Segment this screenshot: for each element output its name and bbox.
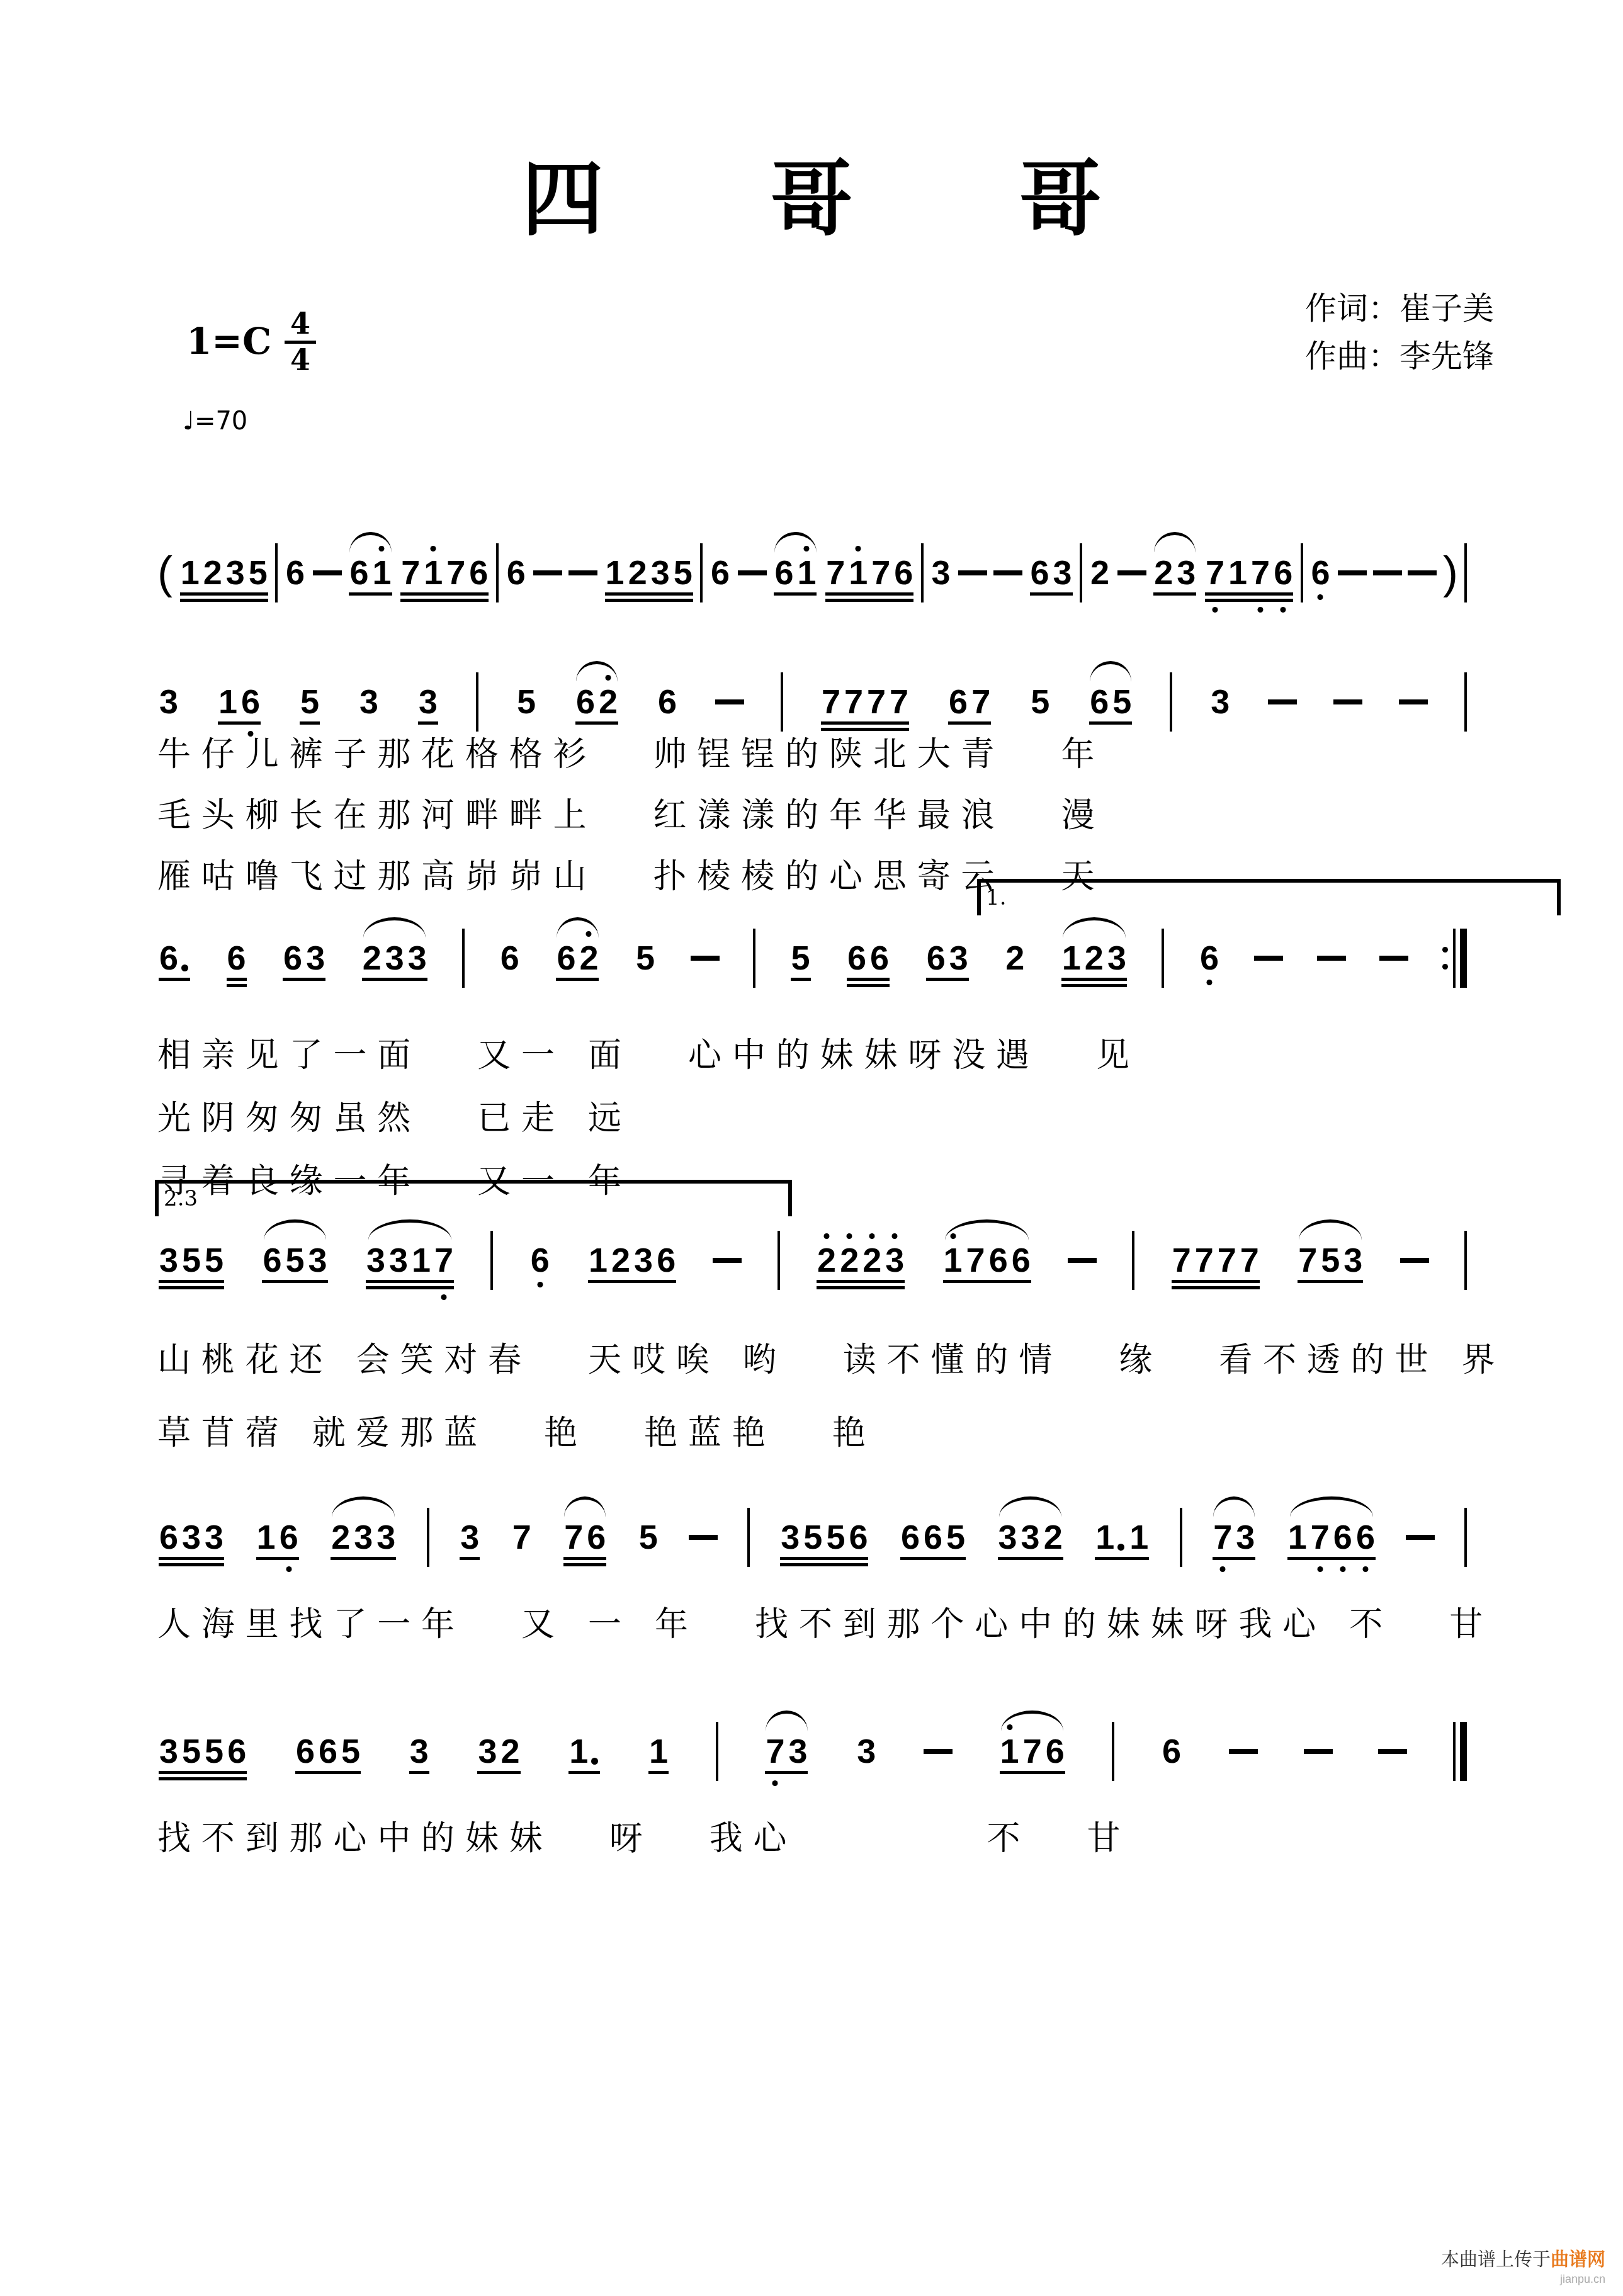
dash-rest bbox=[533, 570, 562, 575]
barline bbox=[1132, 1231, 1134, 1290]
note-digit: 2 bbox=[361, 941, 383, 975]
note-group: 1235 bbox=[604, 556, 694, 590]
note-digit: 6 bbox=[317, 1734, 339, 1768]
note-digit: 5 bbox=[298, 685, 321, 719]
note-digit: 3 bbox=[1234, 1520, 1257, 1554]
note-group: 5 bbox=[637, 1520, 660, 1554]
note-digit: 3 bbox=[224, 556, 247, 590]
lyrics-bridge-line2: 草 苜 蓿 就 爱 那 蓝 艳 艳 蓝 艳 艳 bbox=[157, 1415, 866, 1452]
slur bbox=[1299, 1219, 1361, 1240]
note-group: 6 bbox=[1160, 1734, 1183, 1768]
note-group: 5 bbox=[298, 685, 321, 719]
note-digit: 3 bbox=[358, 685, 380, 719]
note-digit: 1 bbox=[795, 556, 818, 590]
note-digit: 3 bbox=[883, 1243, 906, 1277]
note-digit: 1 bbox=[587, 1243, 609, 1277]
note-digit: 6 bbox=[1029, 556, 1051, 590]
note-group: 6 bbox=[709, 556, 732, 590]
note-digit: 1 bbox=[410, 1243, 433, 1277]
lyrics-verse1-line1: 牛 仔 儿 裤 子 那 花 格 格 衫 帅 锃 锃 的 陕 北 大 青 年 bbox=[157, 737, 1095, 773]
watermark-prefix: 本曲谱上传于 bbox=[1441, 2250, 1551, 2270]
slur bbox=[774, 532, 816, 553]
note-group: 332 bbox=[997, 1520, 1065, 1554]
note-group: 67 bbox=[947, 685, 992, 719]
note-digit: 7 bbox=[1170, 1243, 1193, 1277]
note-digit: 7 bbox=[1309, 1520, 1332, 1554]
note-digit: 7 bbox=[511, 1520, 533, 1554]
note-digit: 7 bbox=[1193, 1243, 1216, 1277]
note-digit: 6 bbox=[281, 941, 304, 975]
slur bbox=[1290, 1496, 1374, 1517]
dash-rest bbox=[1117, 570, 1146, 575]
note-group: 73 bbox=[1211, 1520, 1257, 1554]
slur bbox=[999, 1496, 1061, 1517]
slur bbox=[766, 1711, 807, 1731]
time-signature: 4 4 bbox=[285, 307, 316, 377]
note-digit: 3 bbox=[632, 1243, 655, 1277]
note-digit: 3 bbox=[1106, 941, 1128, 975]
note-digit: 6 bbox=[505, 556, 528, 590]
note-digit: 1 bbox=[604, 556, 626, 590]
note-digit: 7 bbox=[842, 685, 865, 719]
slur bbox=[332, 1496, 394, 1517]
note-digit: 7 bbox=[964, 1243, 987, 1277]
note-digit: 1 bbox=[1226, 556, 1249, 590]
note-digit: 5 bbox=[180, 1734, 203, 1768]
slur bbox=[1001, 1711, 1063, 1731]
note-group: 2 bbox=[1089, 556, 1111, 590]
note-digit: 6 bbox=[157, 1520, 180, 1554]
note-digit: 3 bbox=[387, 1243, 410, 1277]
note-group: 5 bbox=[515, 685, 538, 719]
note-group: 3317 bbox=[365, 1243, 455, 1277]
repeat-end-barline bbox=[1442, 929, 1467, 988]
notation-line-verse-a: 31653356267777675653 bbox=[157, 664, 1467, 740]
note-digit: 3 bbox=[365, 1243, 387, 1277]
note-group: 6 bbox=[529, 1243, 551, 1277]
tempo-marking: ♩=70 bbox=[183, 407, 247, 436]
barline bbox=[1112, 1722, 1114, 1781]
credits: 作词：崔子美 作曲：李先锋 bbox=[1305, 285, 1494, 380]
augmentation-dot bbox=[1117, 1544, 1124, 1551]
slur bbox=[1154, 532, 1196, 553]
note-digit: 2 bbox=[499, 1734, 521, 1768]
dash-rest bbox=[713, 1258, 742, 1263]
note-group: 62 bbox=[555, 941, 600, 975]
note-group: 176 bbox=[998, 1734, 1066, 1768]
note-group: 66 bbox=[845, 941, 891, 975]
time-signature-denominator: 4 bbox=[285, 344, 316, 377]
note-digit: 6 bbox=[157, 941, 180, 975]
note-digit: 6 bbox=[845, 941, 868, 975]
note-digit: 2 bbox=[861, 1243, 883, 1277]
note-digit: 5 bbox=[1111, 685, 1133, 719]
watermark: 本曲谱上传于曲谱网 jianpu.cn bbox=[1441, 2249, 1605, 2286]
note-digit: 7 bbox=[1216, 1243, 1238, 1277]
note-digit: 5 bbox=[637, 1520, 660, 1554]
dash-rest bbox=[1068, 1258, 1097, 1263]
note-group: 76 bbox=[562, 1520, 608, 1554]
note-group: 16 bbox=[255, 1520, 300, 1554]
note-digit: 5 bbox=[203, 1734, 225, 1768]
note-digit: 5 bbox=[247, 556, 269, 590]
repeat-dot bbox=[1442, 947, 1448, 953]
barline bbox=[753, 929, 755, 988]
note-digit: 3 bbox=[406, 941, 429, 975]
lyrics-bridge-line1: 山 桃 花 还 会 笑 对 春 天 哎 唉 哟 读 不 懂 的 情 缘 看 不 … bbox=[157, 1342, 1495, 1379]
final-barline bbox=[1453, 1722, 1467, 1781]
note-digit: 7 bbox=[399, 556, 422, 590]
note-digit: 7 bbox=[1211, 1520, 1234, 1554]
note-group: 3 bbox=[930, 556, 953, 590]
note-group: 7176 bbox=[824, 556, 915, 590]
note-digit: 6 bbox=[1088, 685, 1111, 719]
note-digit: 5 bbox=[634, 941, 657, 975]
note-digit: 1 bbox=[847, 556, 869, 590]
note-digit: 1 bbox=[370, 556, 393, 590]
note-digit: 2 bbox=[597, 685, 619, 719]
note-group: 653 bbox=[261, 1243, 329, 1277]
barline bbox=[1170, 672, 1172, 732]
note-digit: 3 bbox=[947, 941, 970, 975]
notation-line-intro: (1235661717661235661717636322371766) bbox=[157, 535, 1467, 611]
note-digit: 6 bbox=[892, 556, 915, 590]
note-digit: 3 bbox=[157, 685, 180, 719]
note-group: 3 bbox=[157, 685, 180, 719]
note-group: 6 bbox=[157, 941, 191, 975]
note-digit: 1 bbox=[1094, 1520, 1116, 1554]
barline bbox=[462, 929, 465, 988]
barline bbox=[1464, 1508, 1467, 1567]
note-group: 2223 bbox=[815, 1243, 906, 1277]
note-group: 3 bbox=[358, 685, 380, 719]
note-digit: 3 bbox=[1209, 685, 1231, 719]
note-group: 753 bbox=[1296, 1243, 1364, 1277]
dash-rest bbox=[568, 570, 597, 575]
note-digit: 3 bbox=[157, 1243, 180, 1277]
barline bbox=[427, 1508, 429, 1567]
dash-rest bbox=[1378, 1749, 1407, 1754]
note-digit: 3 bbox=[307, 1243, 329, 1277]
note-group: 61 bbox=[772, 556, 818, 590]
note-digit: 7 bbox=[970, 685, 992, 719]
note-digit: 3 bbox=[375, 1520, 397, 1554]
note-digit: 5 bbox=[180, 1243, 203, 1277]
notation-line-coda: 3556665332117331766 bbox=[157, 1714, 1467, 1789]
note-digit: 3 bbox=[180, 1520, 203, 1554]
note-group: 23 bbox=[1152, 556, 1197, 590]
note-group: 6 bbox=[505, 556, 528, 590]
note-group: 11 bbox=[1094, 1520, 1150, 1554]
augmentation-dot bbox=[181, 964, 188, 971]
thin-bar bbox=[1453, 929, 1456, 988]
barline bbox=[1301, 543, 1303, 602]
slur bbox=[576, 661, 618, 682]
note-group: 5 bbox=[1029, 685, 1051, 719]
lyrics-chorus-line: 人 海 里 找 了 一 年 又 一 年 找 不 到 那 个 心 中 的 妹 妹 … bbox=[157, 1607, 1483, 1643]
dash-rest bbox=[993, 570, 1022, 575]
note-digit: 3 bbox=[203, 1520, 225, 1554]
note-group: 3 bbox=[408, 1734, 431, 1768]
thin-bar bbox=[1453, 1722, 1456, 1781]
note-digit: 3 bbox=[997, 1520, 1019, 1554]
notation-line-verse-b: 666323366255666321236 bbox=[157, 920, 1467, 996]
note-digit: 7 bbox=[888, 685, 910, 719]
note-digit: 6 bbox=[294, 1734, 317, 1768]
note-group: 7 bbox=[511, 1520, 533, 1554]
note-group: 65 bbox=[1088, 685, 1133, 719]
note-digit: 2 bbox=[1089, 556, 1111, 590]
note-group: 233 bbox=[361, 941, 429, 975]
dash-rest bbox=[1408, 570, 1437, 575]
note-digit: 3 bbox=[855, 1734, 878, 1768]
note-group: 1 bbox=[567, 1734, 601, 1768]
dash-rest bbox=[1254, 956, 1283, 961]
note-digit: 6 bbox=[987, 1243, 1010, 1277]
note-digit: 6 bbox=[709, 556, 732, 590]
slur bbox=[363, 917, 426, 938]
note-digit: 2 bbox=[815, 1243, 838, 1277]
note-digit: 7 bbox=[869, 556, 892, 590]
note-digit: 3 bbox=[1342, 1243, 1364, 1277]
barline bbox=[1464, 1231, 1467, 1290]
note-digit: 2 bbox=[577, 941, 600, 975]
note-digit: 5 bbox=[203, 1243, 225, 1277]
thick-bar bbox=[1460, 929, 1467, 988]
note-group: 63 bbox=[281, 941, 327, 975]
note-digit: 6 bbox=[655, 1243, 677, 1277]
note-group: 1766 bbox=[942, 1243, 1032, 1277]
note-digit: 7 bbox=[764, 1734, 786, 1768]
note-digit: 6 bbox=[947, 685, 970, 719]
note-group: 3 bbox=[855, 1734, 878, 1768]
dash-rest bbox=[738, 570, 767, 575]
note-group: 3 bbox=[1209, 685, 1231, 719]
note-digit: 6 bbox=[348, 556, 370, 590]
dash-rest bbox=[1317, 956, 1346, 961]
note-digit: 3 bbox=[157, 1734, 180, 1768]
dash-rest bbox=[1268, 699, 1297, 704]
note-digit: 1 bbox=[567, 1734, 590, 1768]
note-group: 7176 bbox=[1204, 556, 1294, 590]
note-digit: 7 bbox=[562, 1520, 585, 1554]
notation-line-bridge: 355653331761236222317667777753 bbox=[157, 1223, 1467, 1298]
note-group: 62 bbox=[574, 685, 619, 719]
dash-rest bbox=[689, 1535, 718, 1540]
note-digit: 2 bbox=[1004, 941, 1026, 975]
dash-rest bbox=[1406, 1535, 1435, 1540]
barline bbox=[275, 543, 278, 602]
note-group: 6 bbox=[499, 941, 521, 975]
note-digit: 6 bbox=[284, 556, 307, 590]
slur bbox=[557, 917, 598, 938]
note-digit: 6 bbox=[922, 1520, 944, 1554]
barline bbox=[1464, 543, 1467, 602]
note-digit: 5 bbox=[283, 1243, 306, 1277]
lyrics-verse2-line1: 毛 头 柳 长 在 那 河 畔 畔 上 红 漾 漾 的 年 华 最 浪 漫 bbox=[157, 798, 1095, 834]
barline bbox=[1464, 672, 1467, 732]
dash-rest bbox=[715, 699, 744, 704]
slur bbox=[1213, 1496, 1255, 1517]
note-group: 3556 bbox=[157, 1734, 248, 1768]
note-digit: 3 bbox=[1175, 556, 1197, 590]
note-digit: 2 bbox=[329, 1520, 352, 1554]
note-digit: 7 bbox=[1296, 1243, 1319, 1277]
note-group: 63 bbox=[925, 941, 970, 975]
barline bbox=[496, 543, 499, 602]
lyrics-verse2-line2: 光 阴 匆 匆 虽 然 已 走 远 bbox=[157, 1100, 621, 1137]
barline bbox=[747, 1508, 750, 1567]
note-digit: 6 bbox=[868, 941, 891, 975]
note-digit: 5 bbox=[339, 1734, 362, 1768]
dash-rest bbox=[313, 570, 342, 575]
note-digit: 3 bbox=[304, 941, 327, 975]
note-digit: 1 bbox=[217, 685, 239, 719]
note-group: 6 bbox=[225, 941, 248, 975]
note-group: 1236 bbox=[587, 1243, 677, 1277]
note-digit: 2 bbox=[838, 1243, 861, 1277]
note-digit: 6 bbox=[1044, 1734, 1066, 1768]
note-group: 32 bbox=[476, 1734, 521, 1768]
slur bbox=[1063, 917, 1125, 938]
note-group: 633 bbox=[157, 1520, 225, 1554]
note-digit: 6 bbox=[278, 1520, 300, 1554]
dash-rest bbox=[1373, 570, 1402, 575]
note-digit: 5 bbox=[515, 685, 538, 719]
note-group: 5 bbox=[789, 941, 812, 975]
note-digit: 2 bbox=[1083, 941, 1106, 975]
note-digit: 6 bbox=[261, 1243, 283, 1277]
note-digit: 6 bbox=[772, 556, 795, 590]
dash-rest bbox=[924, 1749, 953, 1754]
note-digit: 3 bbox=[408, 1734, 431, 1768]
barline bbox=[700, 543, 703, 602]
note-group: 63 bbox=[1029, 556, 1074, 590]
note-digit: 1 bbox=[1128, 1520, 1150, 1554]
watermark-site: 曲谱网 bbox=[1551, 2250, 1605, 2270]
note-digit: 6 bbox=[1309, 556, 1332, 590]
barline bbox=[490, 1231, 493, 1290]
note-digit: 3 bbox=[786, 1734, 809, 1768]
note-group: 1235 bbox=[179, 556, 269, 590]
slur bbox=[368, 1219, 452, 1240]
note-digit: 1 bbox=[998, 1734, 1021, 1768]
note-digit: 6 bbox=[656, 685, 679, 719]
dash-rest bbox=[1338, 570, 1367, 575]
note-group: 123 bbox=[1060, 941, 1128, 975]
note-digit: 1 bbox=[1060, 941, 1083, 975]
slur bbox=[264, 1219, 326, 1240]
lyrics-verse3-line1: 雁 咕 噜 飞 过 那 高 峁 峁 山 扑 棱 棱 的 心 思 寄 云 天 bbox=[157, 859, 1095, 895]
slur bbox=[564, 1496, 606, 1517]
note-digit: 5 bbox=[789, 941, 812, 975]
note-digit: 6 bbox=[1010, 1243, 1032, 1277]
note-digit: 6 bbox=[225, 941, 248, 975]
barline bbox=[921, 543, 924, 602]
note-digit: 7 bbox=[1249, 556, 1272, 590]
note-digit: 6 bbox=[899, 1520, 922, 1554]
barline bbox=[1180, 1508, 1182, 1567]
note-digit: 6 bbox=[239, 685, 262, 719]
note-digit: 3 bbox=[476, 1734, 499, 1768]
note-digit: 6 bbox=[499, 941, 521, 975]
lyrics-verse1-line2: 相 亲 见 了 一 面 又 一 面 心 中 的 妹 妹 呀 没 遇 见 bbox=[157, 1038, 1129, 1074]
slur bbox=[1090, 661, 1131, 682]
note-digit: 5 bbox=[801, 1520, 824, 1554]
note-digit: 3 bbox=[458, 1520, 481, 1554]
note-digit: 6 bbox=[1160, 1734, 1183, 1768]
note-digit: 1 bbox=[647, 1734, 670, 1768]
note-digit: 7 bbox=[1238, 1243, 1261, 1277]
note-group: 355 bbox=[157, 1243, 225, 1277]
thick-bar bbox=[1460, 1722, 1467, 1781]
note-digit: 6 bbox=[585, 1520, 608, 1554]
note-digit: 7 bbox=[1021, 1734, 1044, 1768]
note-group: 73 bbox=[764, 1734, 809, 1768]
note-digit: 6 bbox=[1354, 1520, 1377, 1554]
note-digit: 7 bbox=[444, 556, 467, 590]
lyrics-verse3-line2: 寻 着 良 缘 一 年 又 一 年 bbox=[157, 1163, 621, 1200]
sheet-music-page: 四 哥 哥 作词：崔子美 作曲：李先锋 1=C 4 4 ♩=70 1. 2.3 … bbox=[0, 0, 1623, 2296]
tempo-value: =70 bbox=[195, 407, 247, 436]
repeat-dot bbox=[1442, 964, 1448, 970]
note-digit: 7 bbox=[824, 556, 847, 590]
note-digit: 5 bbox=[824, 1520, 847, 1554]
note-digit: 6 bbox=[847, 1520, 869, 1554]
note-digit: 6 bbox=[225, 1734, 248, 1768]
dash-rest bbox=[958, 570, 987, 575]
repeat-dots bbox=[1442, 947, 1448, 970]
slur bbox=[349, 532, 391, 553]
note-group: 5 bbox=[634, 941, 657, 975]
augmentation-dot bbox=[591, 1758, 598, 1765]
note-group: 2 bbox=[1004, 941, 1026, 975]
key-signature: 1=C bbox=[186, 320, 271, 363]
note-group: 665 bbox=[294, 1734, 362, 1768]
note-digit: 6 bbox=[1332, 1520, 1354, 1554]
note-group: 6 bbox=[284, 556, 307, 590]
note-group: 665 bbox=[899, 1520, 967, 1554]
lyrics-coda-line: 找 不 到 那 心 中 的 妹 妹 呀 我 心 不 甘 bbox=[157, 1821, 1121, 1857]
note-group: 233 bbox=[329, 1520, 397, 1554]
note-digit: 7 bbox=[1204, 556, 1226, 590]
lyricist-credit: 作词：崔子美 bbox=[1305, 285, 1494, 332]
note-group: 6 bbox=[1198, 941, 1221, 975]
dash-rest bbox=[1229, 1749, 1258, 1754]
dash-rest bbox=[1333, 699, 1362, 704]
barline bbox=[1162, 929, 1164, 988]
note-digit: 6 bbox=[467, 556, 490, 590]
note-group: 1 bbox=[647, 1734, 670, 1768]
note-digit: 7 bbox=[820, 685, 842, 719]
note-digit: 6 bbox=[925, 941, 947, 975]
note-digit: 6 bbox=[555, 941, 577, 975]
note-digit: 2 bbox=[1042, 1520, 1065, 1554]
note-digit: 5 bbox=[1029, 685, 1051, 719]
slur bbox=[945, 1219, 1029, 1240]
quarter-note-icon: ♩ bbox=[183, 407, 195, 436]
note-digit: 3 bbox=[649, 556, 672, 590]
song-title: 四 哥 哥 bbox=[0, 150, 1623, 248]
note-digit: 3 bbox=[1019, 1520, 1042, 1554]
note-digit: 5 bbox=[944, 1520, 967, 1554]
note-group: 3 bbox=[417, 685, 439, 719]
note-group: 1766 bbox=[1286, 1520, 1377, 1554]
note-digit: 3 bbox=[352, 1520, 375, 1554]
note-group: 6 bbox=[1309, 556, 1332, 590]
dash-rest bbox=[1379, 956, 1408, 961]
note-digit: 5 bbox=[1319, 1243, 1342, 1277]
